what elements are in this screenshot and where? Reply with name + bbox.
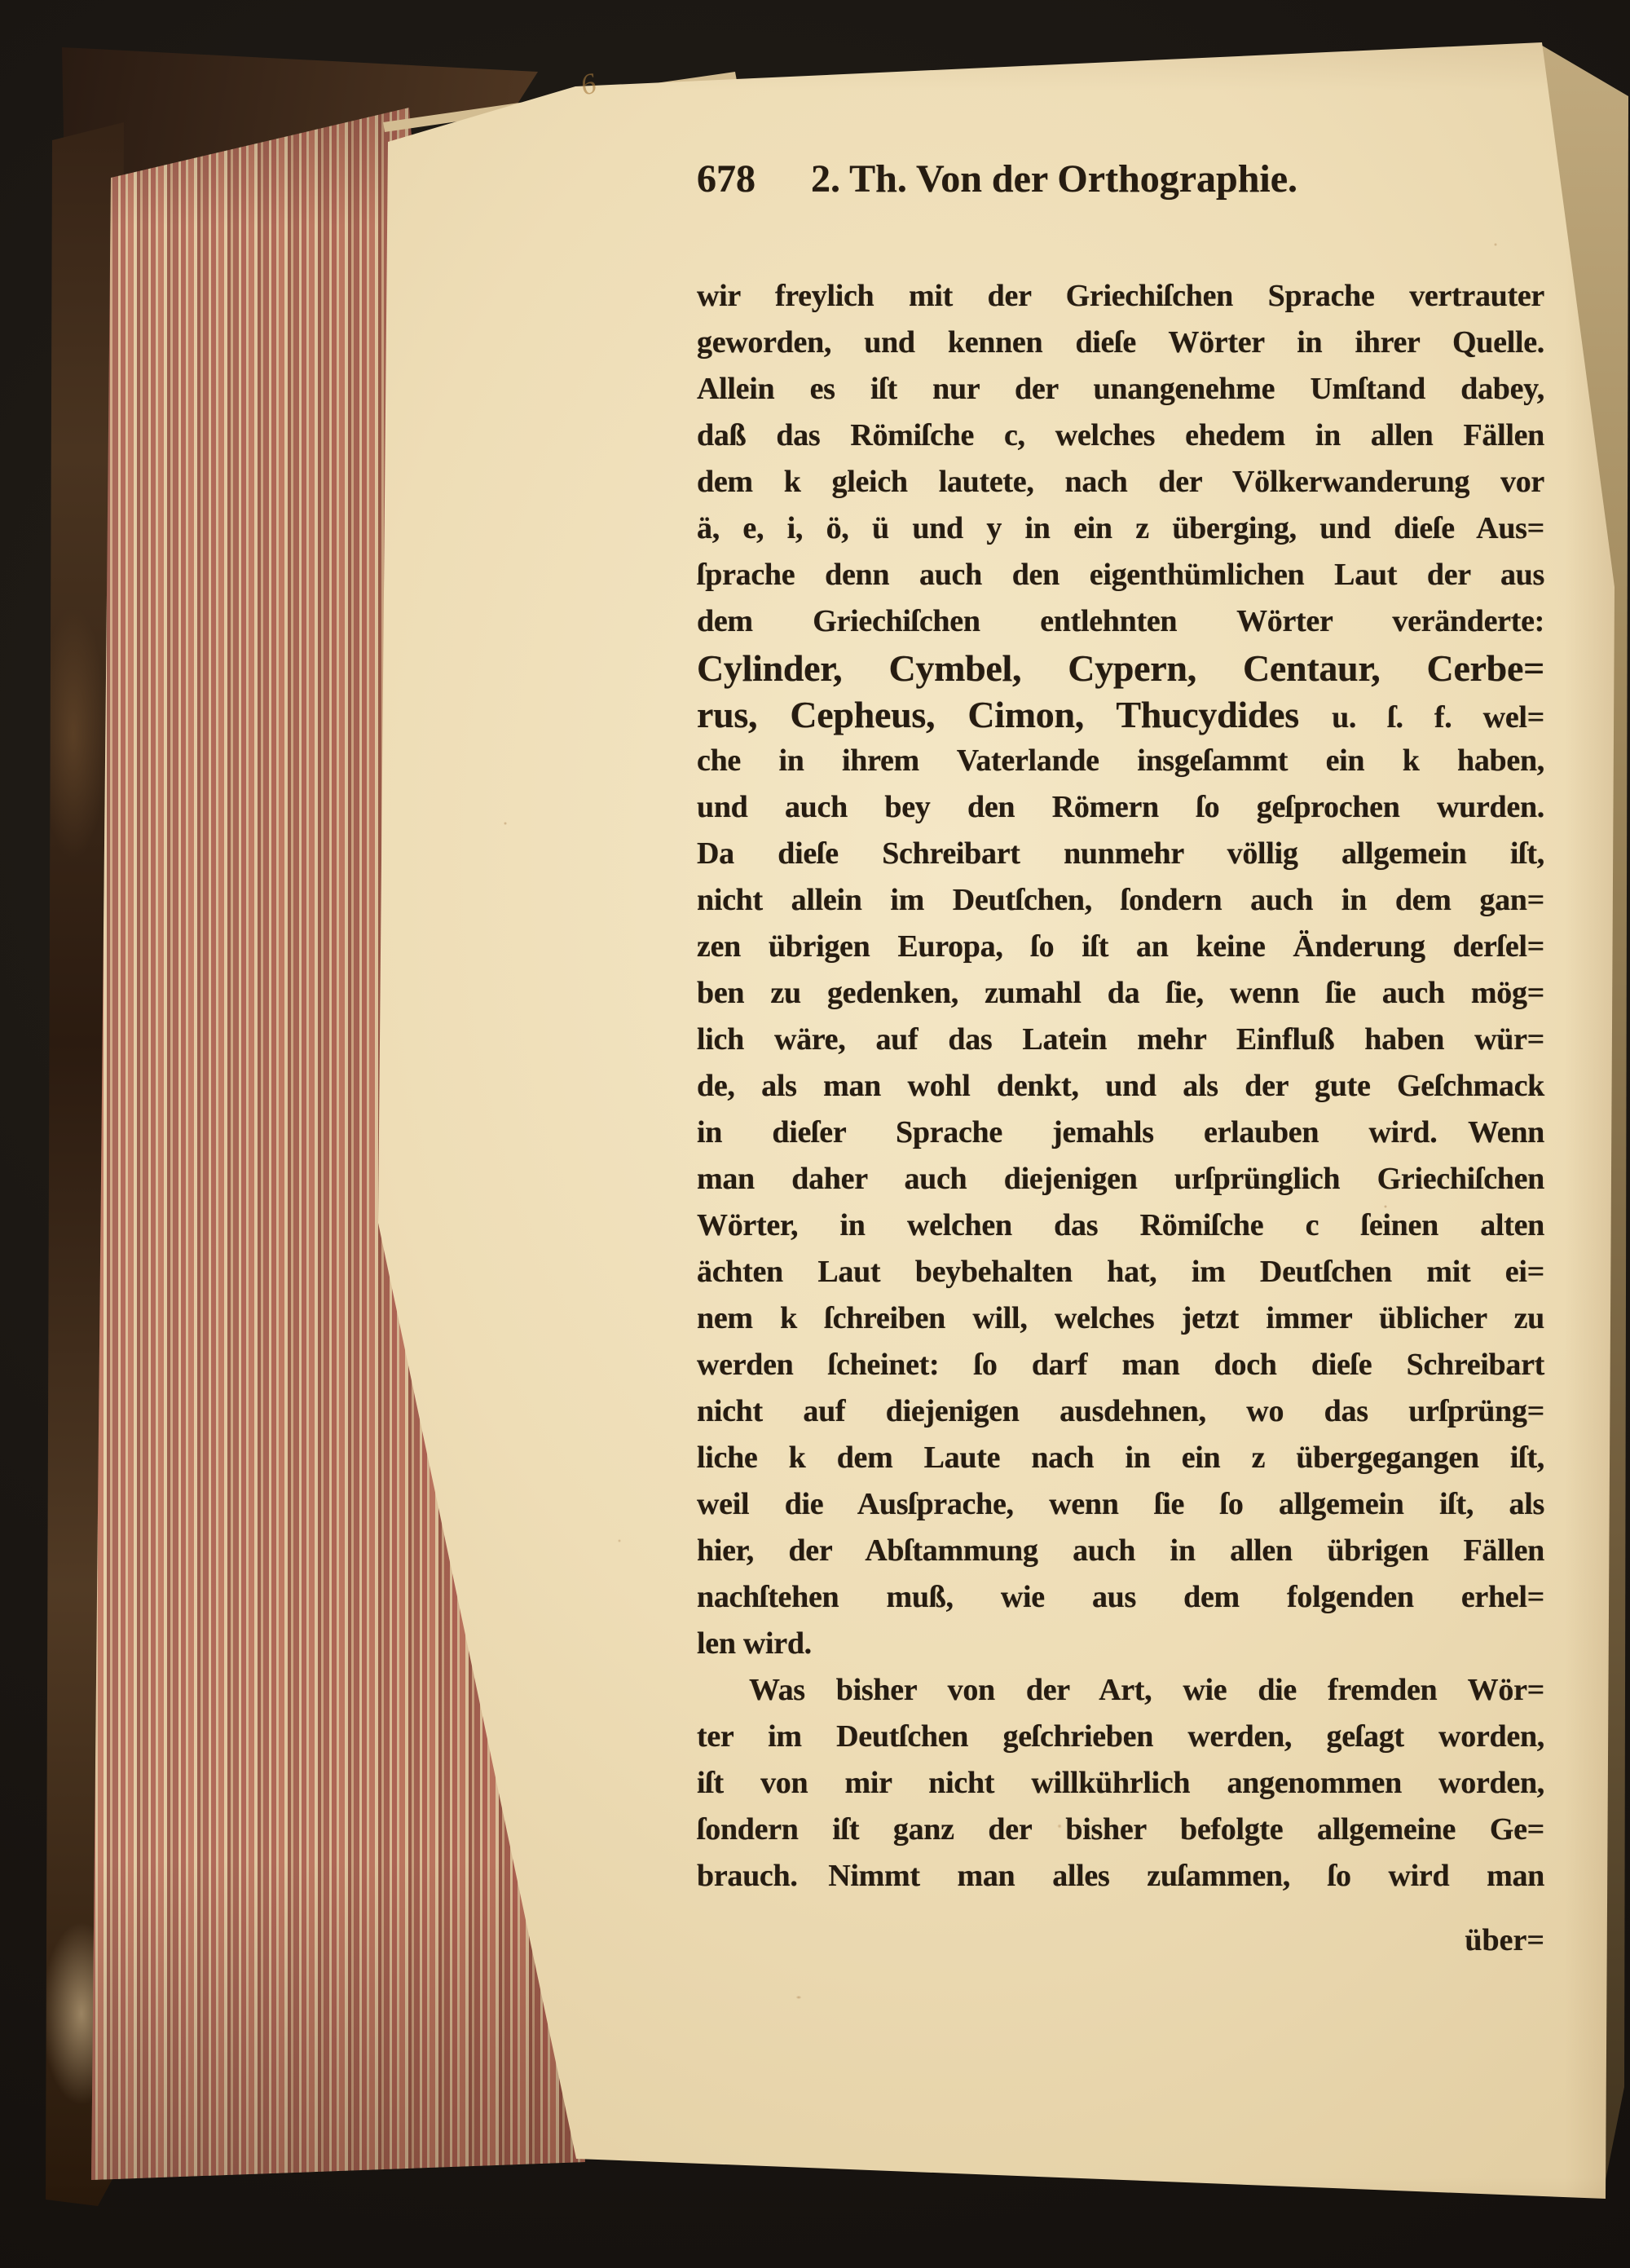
- text-line: brauch. Nimmt man alles zuſammen, ſo wir…: [697, 1853, 1544, 1900]
- text-line: Allein es iſt nur der unangenehme Umſtan…: [697, 366, 1544, 413]
- text-line: Was bisher von der Art, wie die fremden …: [697, 1667, 1544, 1714]
- text-line: nicht auf diejenigen ausdehnen, wo das u…: [697, 1388, 1544, 1435]
- book-photo: 6 678 2. Th. Von der Orthographie. wir f…: [0, 0, 1630, 2268]
- text-line: ter im Deutſchen geſchrieben werden, geſ…: [697, 1714, 1544, 1760]
- text-line: man daher auch diejenigen urſprünglich G…: [697, 1156, 1544, 1202]
- running-title: 2. Th. Von der Orthographie.: [811, 160, 1297, 199]
- text-line: Cylinder, Cymbel, Cypern, Centaur, Cerbe…: [697, 645, 1544, 691]
- text-line: nachſtehen muß, wie aus dem folgenden er…: [697, 1574, 1544, 1621]
- page-number: 678: [697, 160, 756, 199]
- text-line: zen übrigen Europa, ſo iſt an keine Ände…: [697, 924, 1544, 970]
- catchword: über=: [697, 1917, 1544, 1964]
- text-line: ſondern iſt ganz der bisher befolgte all…: [697, 1807, 1544, 1853]
- text-line: ä, e, i, ö, ü und y in ein z überging, u…: [697, 505, 1544, 552]
- text-line: len wird.: [697, 1621, 1544, 1667]
- text-line: che in ihrem Vaterlande insgeſammt ein k…: [697, 738, 1544, 784]
- text-line: Wörter, in welchen das Römiſche c ſeinen…: [697, 1202, 1544, 1249]
- text-line: Da dieſe Schreibart nunmehr völlig allge…: [697, 831, 1544, 877]
- text-line: dem Griechiſchen entlehnten Wörter verän…: [697, 598, 1544, 645]
- text-line: ſprache denn auch den eigenthümlichen La…: [697, 552, 1544, 598]
- page-header: 678 2. Th. Von der Orthographie.: [697, 160, 1544, 199]
- text-line: dem k gleich lautete, nach der Völkerwan…: [697, 459, 1544, 505]
- text-segment: u. ſ. f. wel=: [1332, 700, 1544, 735]
- text-line: und auch bey den Römern ſo geſprochen wu…: [697, 784, 1544, 831]
- text-line: nicht allein im Deutſchen, ſondern auch …: [697, 877, 1544, 924]
- page-body-text: wir freylich mit der Griechiſchen Sprach…: [697, 273, 1544, 1900]
- text-line: ben zu gedenken, zumahl da ſie, wenn ſie…: [697, 970, 1544, 1017]
- text-line: nem k ſchreiben will, welches jetzt imme…: [697, 1295, 1544, 1342]
- text-line: in dieſer Sprache jemahls erlauben wird.…: [697, 1110, 1544, 1156]
- text-line: lich wäre, auf das Latein mehr Einfluß h…: [697, 1017, 1544, 1063]
- text-line: ächten Laut beybehalten hat, im Deutſche…: [697, 1249, 1544, 1295]
- text-line: daß das Römiſche c, welches ehedem in al…: [697, 413, 1544, 459]
- text-line: liche k dem Laute nach in ein z übergega…: [697, 1435, 1544, 1481]
- text-line: iſt von mir nicht willkührlich angenomme…: [697, 1760, 1544, 1807]
- text-line: geworden, und kennen dieſe Wörter in ihr…: [697, 320, 1544, 366]
- text-line: rus, Cepheus, Cimon, Thucydides u. ſ. f.…: [697, 691, 1544, 738]
- text-line: werden ſcheinet: ſo darf man doch dieſe …: [697, 1342, 1544, 1388]
- page-body: wir freylich mit der Griechiſchen Sprach…: [697, 273, 1544, 1964]
- text-line: wir freylich mit der Griechiſchen Sprach…: [697, 273, 1544, 320]
- text-line: de, als man wohl denkt, und als der gute…: [697, 1063, 1544, 1110]
- text-line: hier, der Abſtammung auch in allen übrig…: [697, 1528, 1544, 1574]
- text-line: weil die Ausſprache, wenn ſie ſo allgeme…: [697, 1481, 1544, 1528]
- text-segment: rus, Cepheus, Cimon, Thucydides: [697, 694, 1332, 735]
